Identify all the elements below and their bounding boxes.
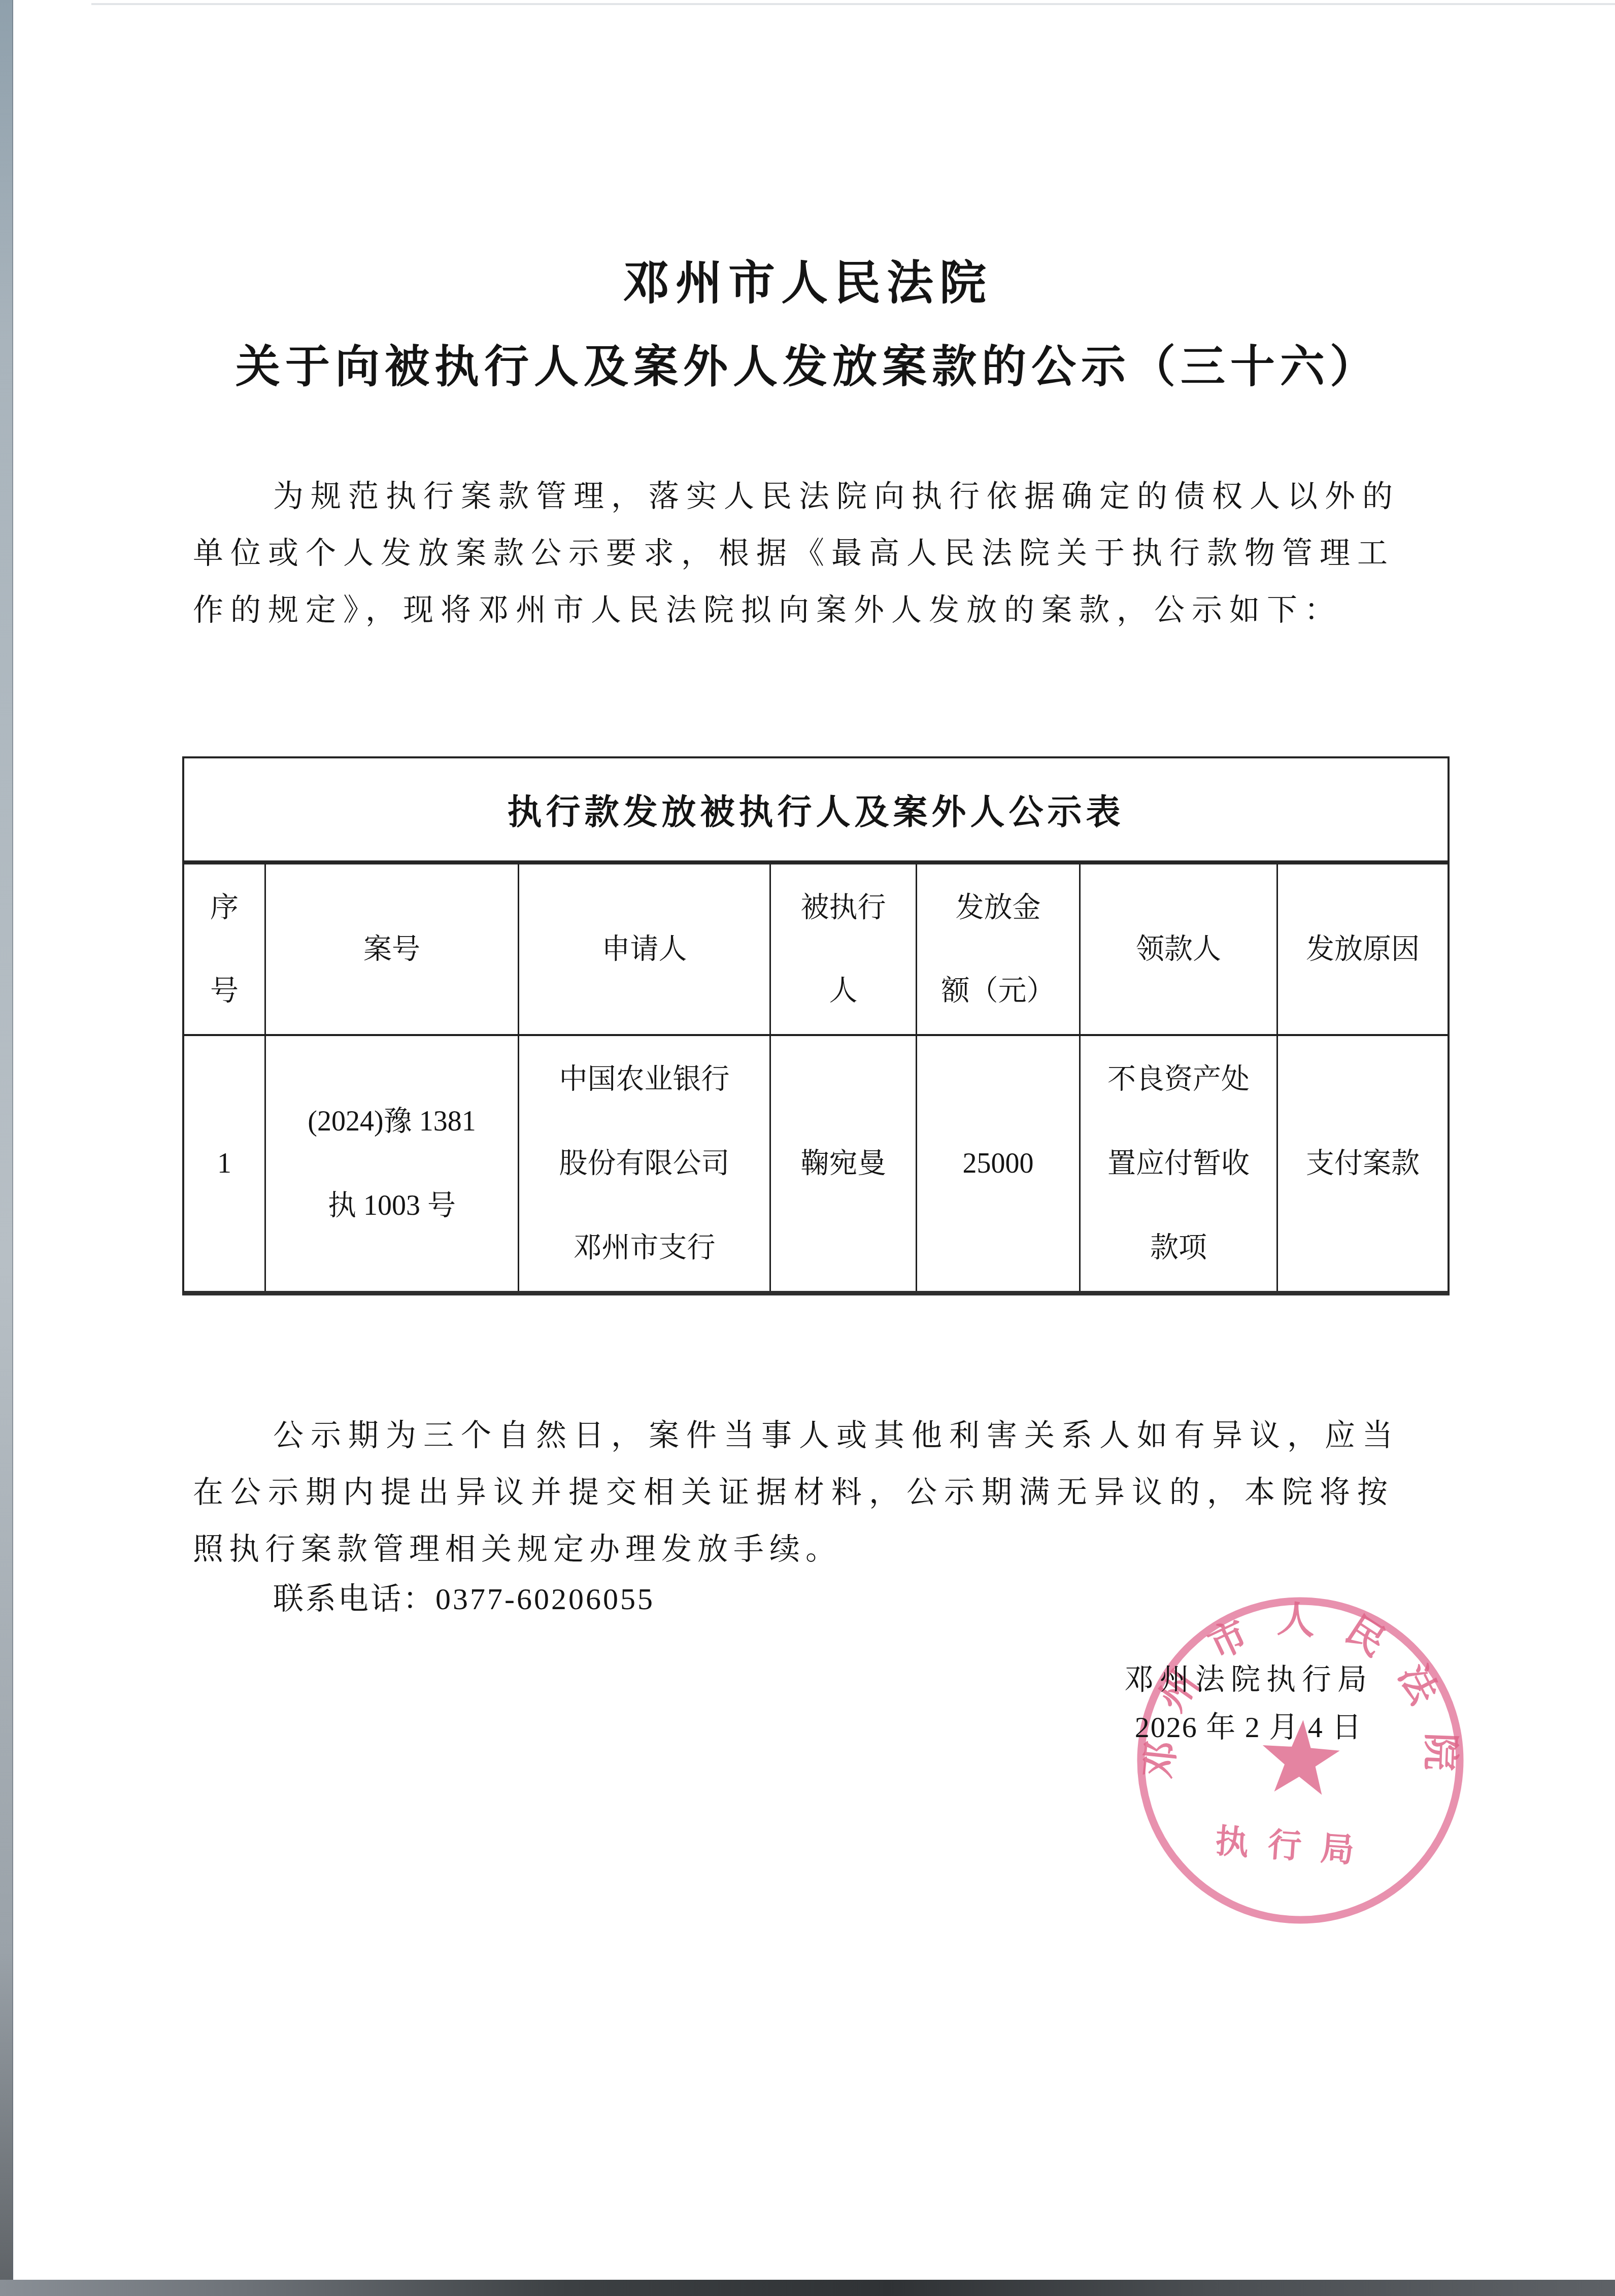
intro-line: 作的规定》，现将邓州市人民法院拟向案外人发放的案款，公示如下： [193, 582, 1397, 639]
header-line: 被执行 [801, 866, 886, 949]
closing-paragraph: 公示期为三个自然日，案件当事人或其他利害关系人如有异议，应当 在公示期内提出异议… [193, 1407, 1397, 1578]
intro-line: 为规范执行案款管理，落实人民法院向执行依据确定的债权人以外的 [193, 468, 1397, 525]
header-line: 发放金 [956, 866, 1041, 949]
official-seal: 邓州市人民法院 执行局 [1116, 1576, 1485, 1945]
header-line: 序 [210, 866, 239, 949]
contact-phone: 联系电话：0377-60206055 [193, 1571, 655, 1627]
cell-respondent: 鞠宛曼 [771, 1036, 917, 1291]
scan-edge-top [91, 3, 1615, 5]
header-applicant: 申请人 [519, 864, 771, 1036]
seal-bottom-text: 执行局 [1214, 1823, 1374, 1871]
court-notice-page: 邓州市人民法院 关于向被执行人及案外人发放案款的公示（三十六） 为规范执行案款管… [0, 0, 1615, 2296]
signature-block: 邓州法院执行局 2026 年 2 月 4 日 [1106, 1656, 1391, 1751]
header-respondent: 被执行 人 [771, 864, 917, 1036]
cell-line: 不良资产处 [1107, 1037, 1250, 1121]
cell-line: (2024)豫 1381 [308, 1079, 476, 1163]
signature-org: 邓州法院执行局 [1106, 1656, 1391, 1704]
header-line: 人 [829, 949, 858, 1033]
table-title: 执行款发放被执行人及案外人公示表 [507, 785, 1124, 834]
header-seq: 序 号 [184, 864, 266, 1036]
cell-line: 25000 [963, 1121, 1034, 1206]
notice-title: 关于向被执行人及案外人发放案款的公示（三十六） [0, 336, 1615, 399]
cell-line: 执 1003 号 [328, 1163, 456, 1248]
cell-applicant: 中国农业银行 股份有限公司 邓州市支行 [519, 1036, 771, 1291]
cell-line: 支付案款 [1306, 1121, 1420, 1206]
cell-line: 股份有限公司 [559, 1121, 730, 1206]
cell-reason: 支付案款 [1278, 1036, 1448, 1291]
cell-line: 中国农业银行 [559, 1037, 730, 1121]
header-payee: 领款人 [1081, 864, 1278, 1036]
closing-line: 照执行案款管理相关规定办理发放手续。 [193, 1521, 1397, 1578]
header-line: 号 [210, 949, 239, 1033]
header-amount: 发放金 额（元） [917, 864, 1081, 1036]
cell-line: 邓州市支行 [574, 1206, 716, 1290]
cell-line: 1 [217, 1121, 231, 1206]
cell-line: 置应付暂收 [1107, 1121, 1250, 1206]
header-reason: 发放原因 [1278, 864, 1448, 1036]
intro-paragraph: 为规范执行案款管理，落实人民法院向执行依据确定的债权人以外的 单位或个人发放案款… [193, 468, 1397, 639]
cell-line: 款项 [1150, 1206, 1207, 1290]
intro-line: 单位或个人发放案款公示要求，根据《最高人民法院关于执行款物管理工 [193, 525, 1397, 582]
header-line: 发放原因 [1306, 908, 1420, 991]
header-line: 领款人 [1136, 908, 1221, 991]
closing-line: 在公示期内提出异议并提交相关证据材料，公示期满无异议的，本院将按 [193, 1464, 1397, 1521]
notice-table: 执行款发放被执行人及案外人公示表 序 号 案号 申请人 被执行 人 发放金 额（… [182, 756, 1450, 1295]
header-case-no: 案号 [266, 864, 519, 1036]
cell-case-no: (2024)豫 1381 执 1003 号 [266, 1036, 519, 1291]
cell-seq: 1 [184, 1036, 266, 1291]
header-line: 申请人 [602, 908, 687, 991]
cell-line: 鞠宛曼 [801, 1121, 886, 1206]
signature-date: 2026 年 2 月 4 日 [1106, 1704, 1391, 1751]
header-line: 案号 [363, 908, 420, 991]
official-seal-icon: 邓州市人民法院 执行局 [1116, 1576, 1485, 1945]
header-line: 额（元） [941, 949, 1055, 1033]
court-title: 邓州市人民法院 [0, 253, 1615, 314]
scan-edge-bottom [0, 2280, 1615, 2296]
cell-payee: 不良资产处 置应付暂收 款项 [1081, 1036, 1278, 1291]
table-title-cell: 执行款发放被执行人及案外人公示表 [184, 758, 1448, 864]
cell-amount: 25000 [917, 1036, 1081, 1291]
closing-line: 公示期为三个自然日，案件当事人或其他利害关系人如有异议，应当 [193, 1407, 1397, 1464]
